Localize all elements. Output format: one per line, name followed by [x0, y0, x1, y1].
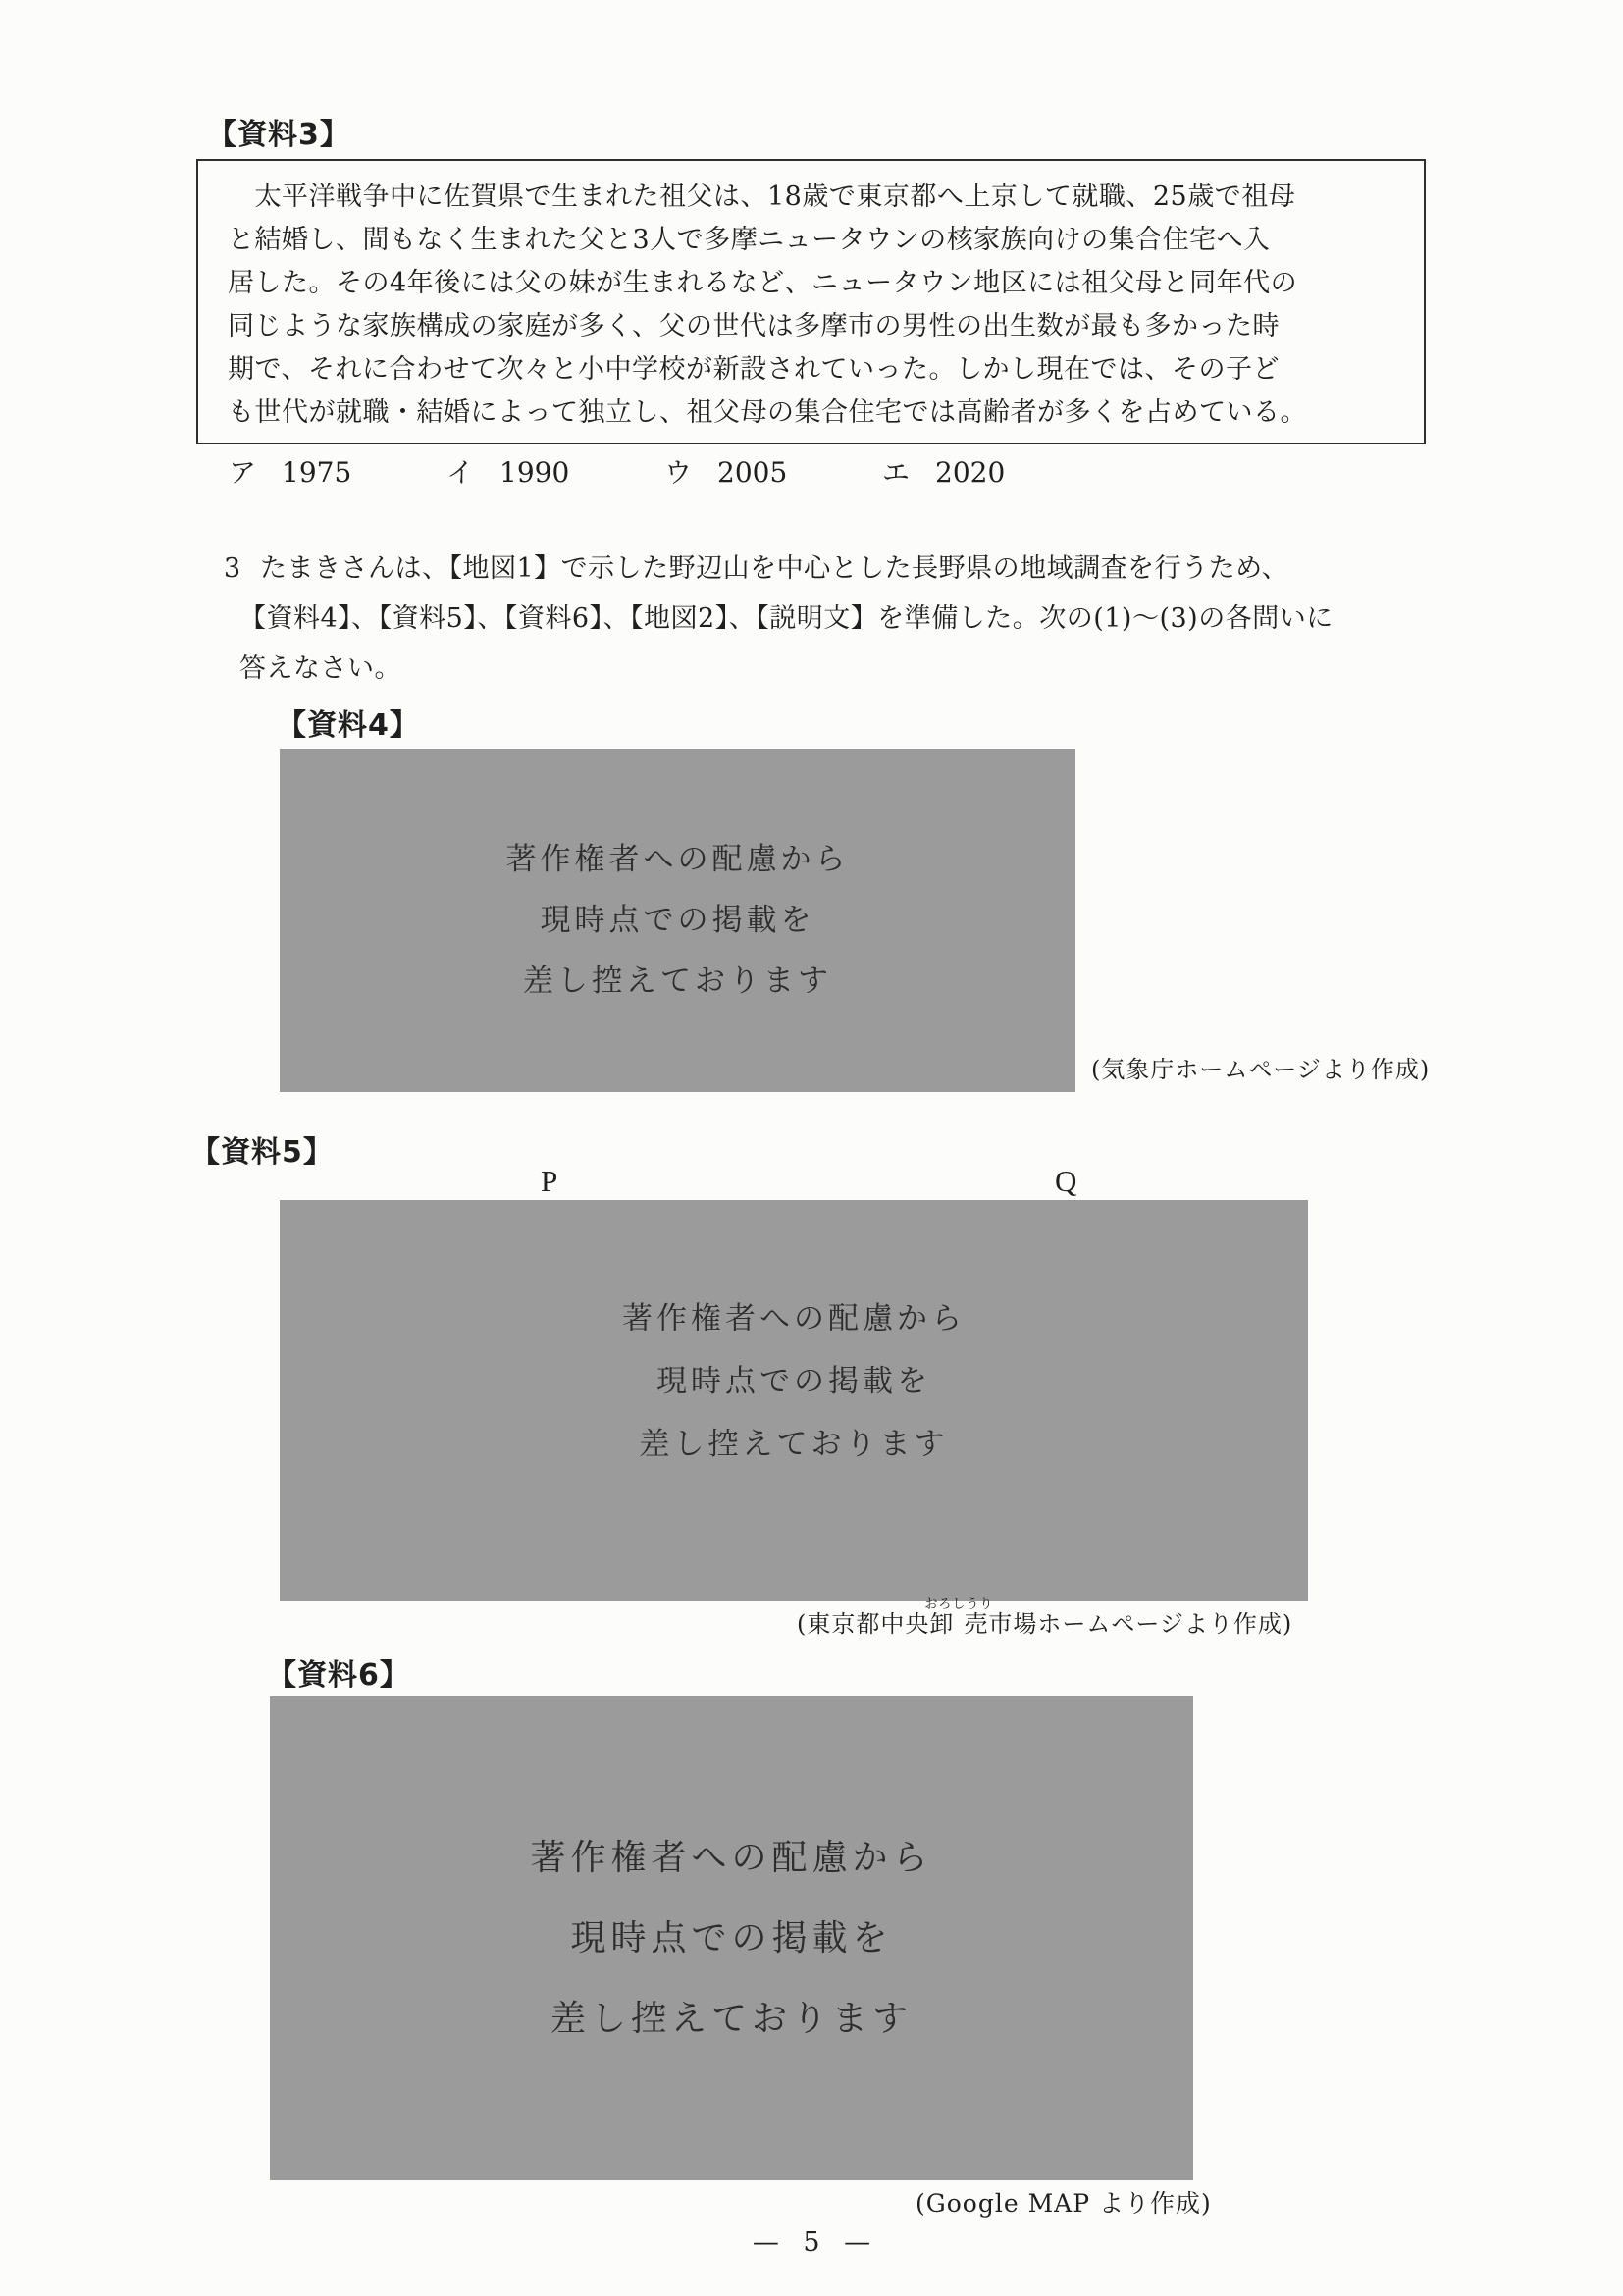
option-value: 2020 — [935, 456, 1005, 489]
answer-option-e: エ 2020 — [882, 451, 1100, 491]
marker-q: Q — [1055, 1164, 1076, 1199]
question3-block: 3 たまきさんは、【地図1】で示した野辺山を中心とした長野県の地域調査を行うため… — [224, 544, 1470, 694]
shiryo5-attribution-ruby-base: 卸売 — [924, 1610, 993, 1638]
exam-page: { "document": { "page_number": "— 5 —" }… — [0, 0, 1623, 2296]
answer-option-i: イ 1990 — [446, 451, 664, 491]
answer-option-a: ア 1975 — [229, 451, 446, 491]
answer-options-row: ア 1975 イ 1990 ウ 2005 エ 2020 — [229, 451, 1100, 491]
shiryo5-attribution-suffix: 市場ホームページより作成) — [988, 1610, 1292, 1638]
question3-line-1-text: たまきさんは、【地図1】で示した野辺山を中心とした長野県の地域調査を行うため、 — [260, 544, 1288, 594]
shiryo3-text-line: 同じような家族構成の家庭が多く、父の世代は多摩市の男性の出生数が最も多かった時 — [228, 305, 1406, 348]
copyright-notice-line: 現時点での掲載を — [570, 1919, 892, 1958]
shiryo4-attribution: (気象庁ホームページより作成) — [1091, 1050, 1430, 1084]
page-number: — 5 — — [0, 2227, 1623, 2258]
shiryo5-placeholder-box: 著作権者への配慮から 現時点での掲載を 差し控えております — [280, 1200, 1308, 1601]
shiryo3-text-line: と結婚し、間もなく生まれた父と3人で多摩ニュータウンの核家族向けの集合住宅へ入 — [228, 219, 1406, 262]
option-value: 2005 — [717, 456, 787, 489]
copyright-notice-line: 差し控えております — [523, 965, 832, 998]
shiryo6-placeholder-box: 著作権者への配慮から 現時点での掲載を 差し控えております — [270, 1696, 1193, 2180]
question3-line-3: 答えなさい。 — [224, 644, 1470, 694]
shiryo5-attribution-furigana: おろしうり — [924, 1597, 993, 1612]
option-value: 1990 — [499, 456, 569, 489]
question3-line-1: 3 たまきさんは、【地図1】で示した野辺山を中心とした長野県の地域調査を行うため… — [224, 544, 1470, 594]
shiryo3-text-line: も世代が就職・結婚によって独立し、祖父母の集合住宅では高齢者が多くを占めている。 — [228, 391, 1406, 435]
question3-line-2: 【資料4】、【資料5】、【資料6】、【地図2】、【説明文】を準備した。次の(1)… — [224, 594, 1470, 644]
shiryo5-attribution-ruby: 卸売おろしうり — [929, 1610, 988, 1638]
shiryo5-attribution: (東京都中央卸売おろしうり市場ホームページより作成) — [797, 1597, 1292, 1639]
shiryo6-attribution: (Google MAP より作成) — [916, 2184, 1212, 2219]
option-kana: イ — [446, 451, 474, 491]
option-value: 1975 — [282, 456, 351, 489]
marker-p: P — [541, 1164, 557, 1199]
copyright-notice-line: 著作権者への配慮から — [506, 843, 850, 876]
shiryo3-text-box: 太平洋戦争中に佐賀県で生まれた祖父は、18歳で東京都へ上京して就職、25歳で祖母… — [196, 159, 1426, 444]
copyright-notice-line: 著作権者への配慮から — [622, 1302, 966, 1335]
question3-number: 3 — [224, 544, 260, 594]
shiryo3-text-line: 期で、それに合わせて次々と小中学校が新設されていった。しかし現在では、その子ど — [228, 348, 1406, 391]
option-kana: ウ — [664, 451, 692, 491]
copyright-notice-line: 現時点での掲載を — [541, 904, 815, 937]
copyright-notice-line: 差し控えております — [640, 1428, 949, 1461]
option-kana: ア — [229, 451, 256, 491]
copyright-notice-line: 著作権者への配慮から — [530, 1839, 932, 1878]
shiryo4-placeholder-box: 著作権者への配慮から 現時点での掲載を 差し控えております — [280, 749, 1075, 1092]
shiryo5-label: 【資料5】 — [190, 1127, 334, 1171]
shiryo3-text-line: 居した。その4年後には父の妹が生まれるなど、ニュータウン地区には祖父母と同年代の — [228, 262, 1406, 305]
shiryo6-label: 【資料6】 — [267, 1650, 410, 1694]
shiryo3-label: 【資料3】 — [207, 110, 350, 153]
answer-option-u: ウ 2005 — [664, 451, 882, 491]
shiryo5-attribution-prefix: (東京都中央 — [797, 1610, 929, 1638]
shiryo4-label: 【資料4】 — [277, 701, 420, 744]
option-kana: エ — [882, 451, 910, 491]
copyright-notice-line: 差し控えております — [550, 2000, 913, 2039]
copyright-notice-line: 現時点での掲載を — [656, 1365, 931, 1398]
shiryo3-text-line: 太平洋戦争中に佐賀県で生まれた祖父は、18歳で東京都へ上京して就職、25歳で祖母 — [228, 176, 1406, 219]
